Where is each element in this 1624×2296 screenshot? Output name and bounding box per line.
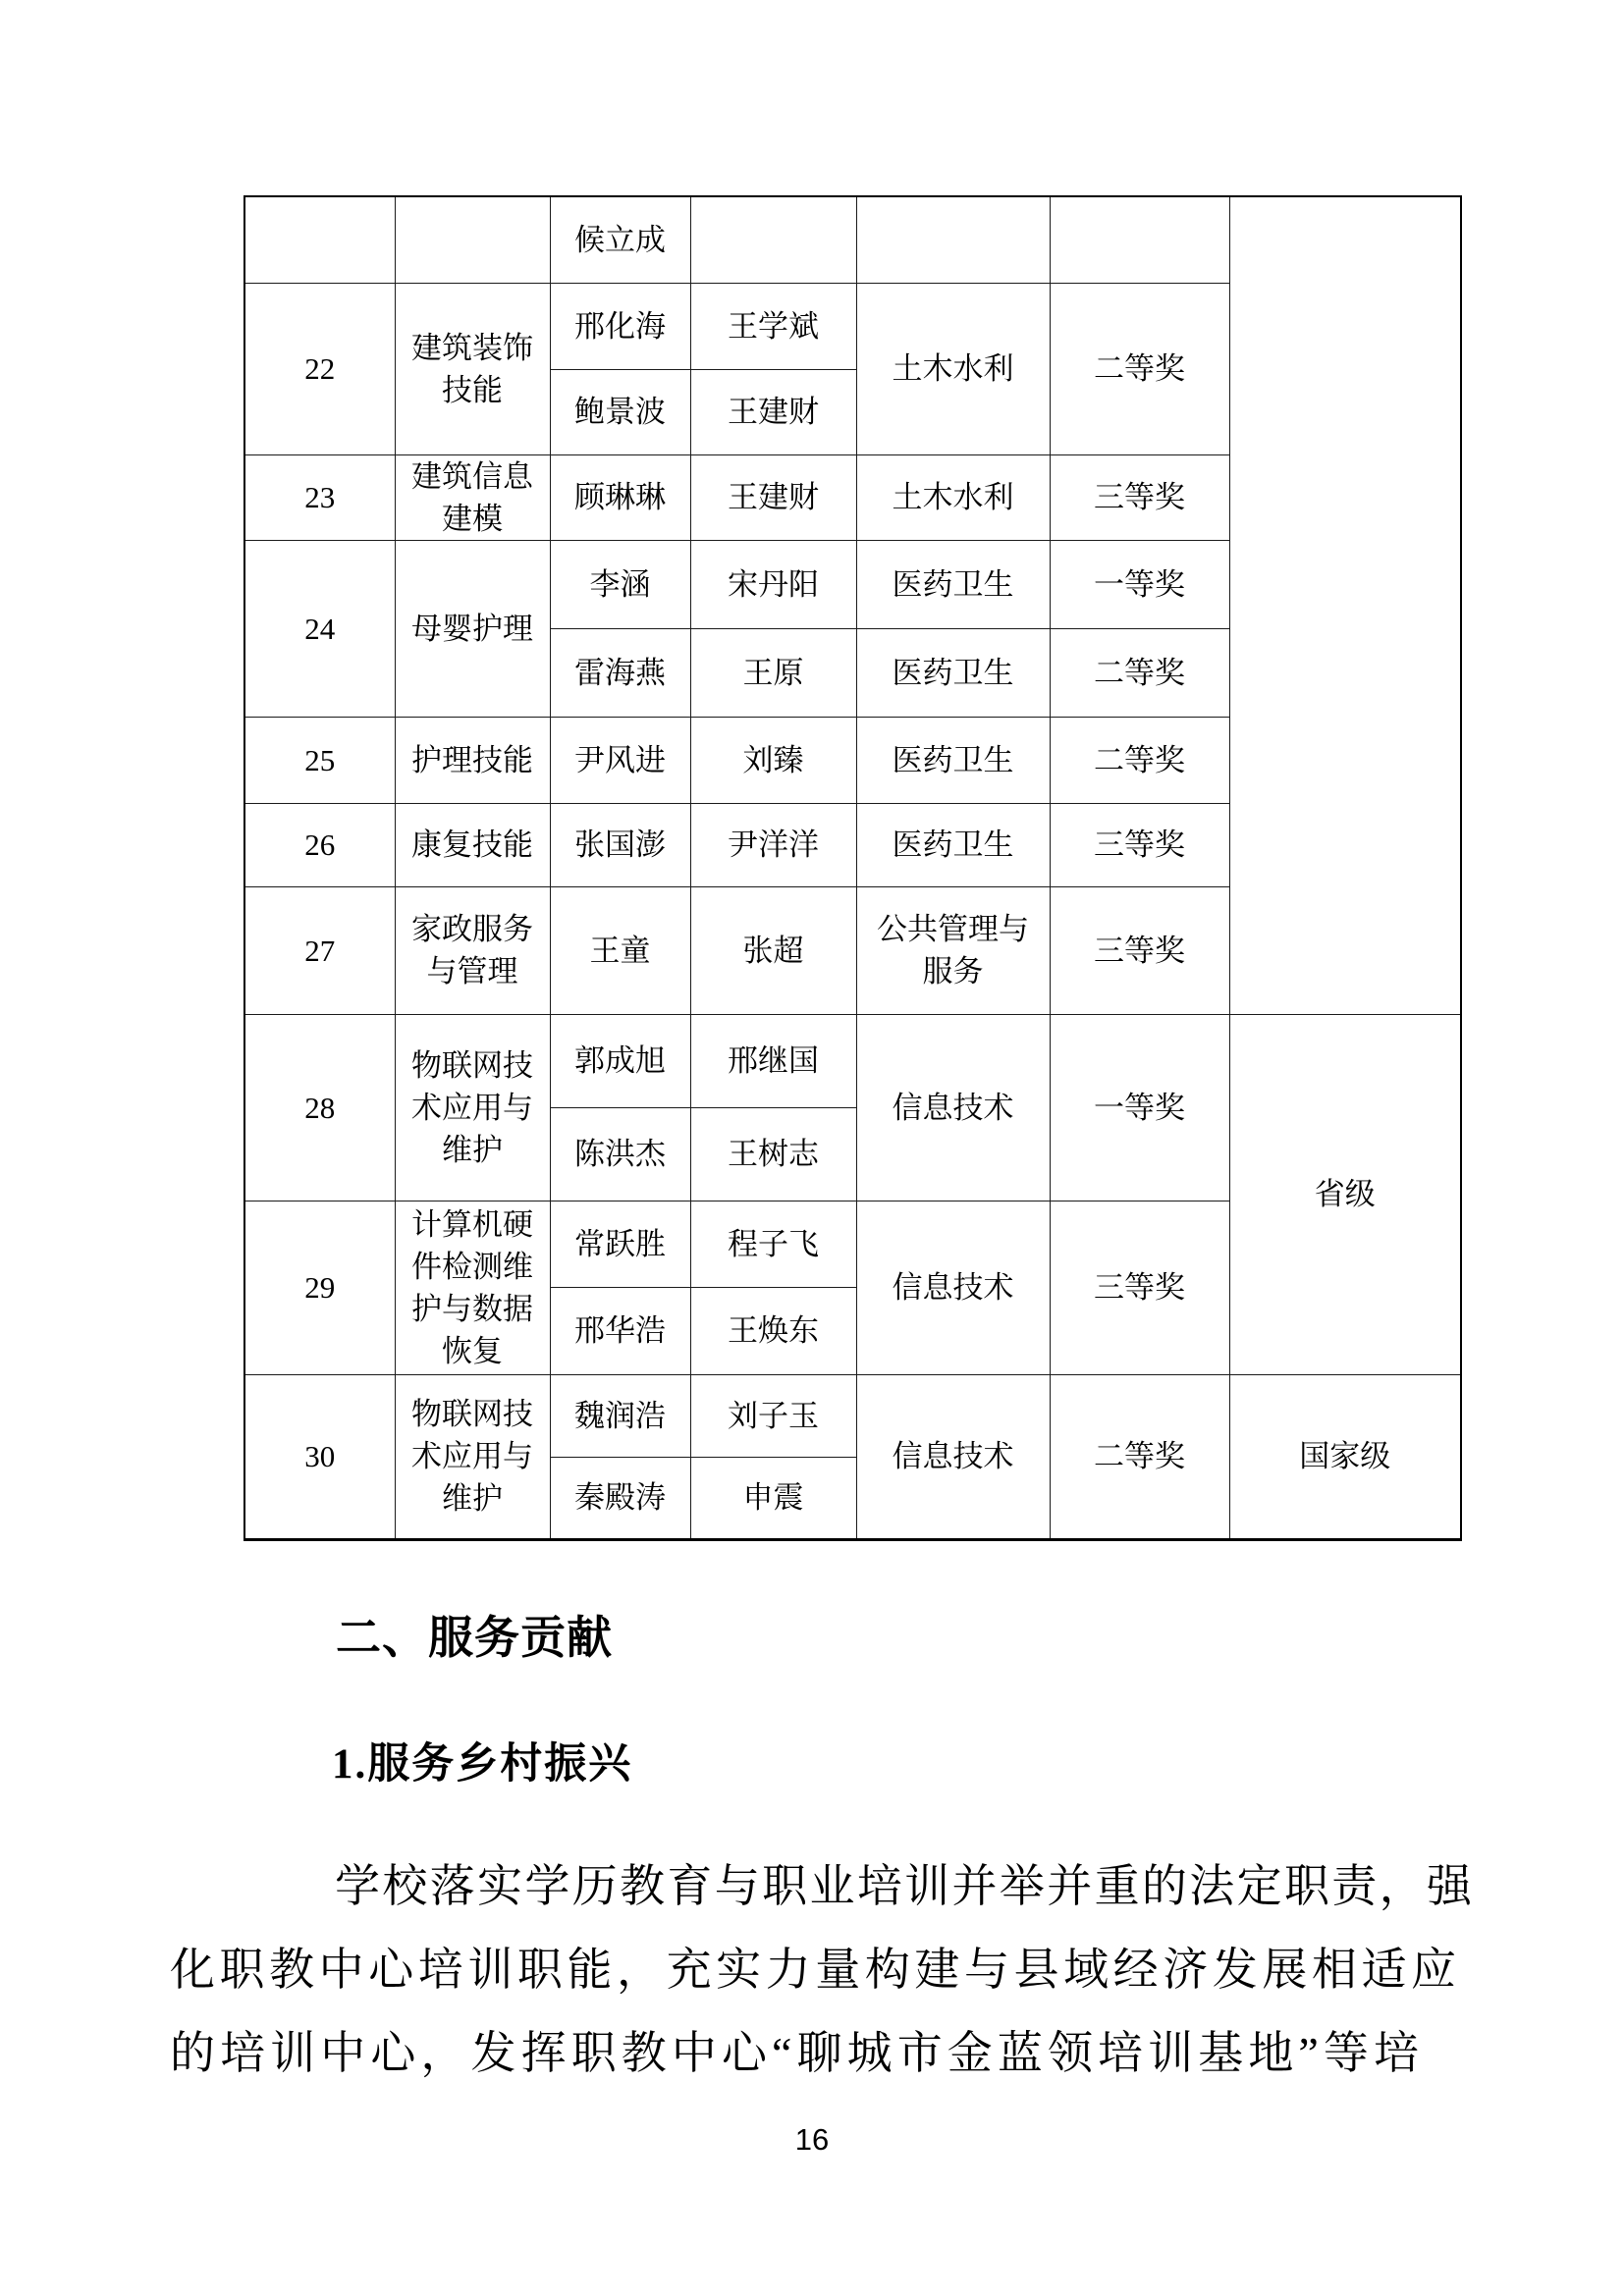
cell-player1: 尹风进 [550, 717, 690, 803]
table-row: 30 物联网技术应用与维护 魏润浩 刘子玉 信息技术 二等奖 国家级 [244, 1374, 1461, 1457]
awards-table: 候立成 22 建筑装饰技能 邢化海 王学斌 土木水利 二等奖 鲍景波 王建财 2… [244, 195, 1462, 1541]
cell-field: 信息技术 [856, 1201, 1050, 1374]
page-number: 16 [0, 2120, 1624, 2160]
cell-player2: 王学斌 [690, 283, 856, 369]
cell-player2: 申震 [690, 1457, 856, 1539]
cell-player1: 常跃胜 [550, 1201, 690, 1287]
paragraph-line: 学校落实学历教育与职业培训并举并重的法定职责，强 [335, 1857, 1472, 1916]
cell-award: 三等奖 [1050, 454, 1229, 540]
cell-project: 康复技能 [395, 803, 550, 886]
cell-player2 [690, 196, 856, 283]
cell-project: 母婴护理 [395, 540, 550, 717]
cell-no: 22 [244, 283, 395, 454]
cell-no: 29 [244, 1201, 395, 1374]
cell-player1: 秦殿涛 [550, 1457, 690, 1539]
cell-no [244, 196, 395, 283]
cell-player1: 王童 [550, 886, 690, 1014]
cell-field: 医药卫生 [856, 803, 1050, 886]
cell-field: 医药卫生 [856, 717, 1050, 803]
cell-player2: 邢继国 [690, 1014, 856, 1107]
cell-player1: 邢华浩 [550, 1287, 690, 1374]
cell-project: 计算机硬件检测维护与数据恢复 [395, 1201, 550, 1374]
cell-field [856, 196, 1050, 283]
cell-player1: 陈洪杰 [550, 1107, 690, 1201]
cell-award [1050, 196, 1229, 283]
cell-project: 物联网技术应用与维护 [395, 1014, 550, 1201]
cell-player2: 宋丹阳 [690, 540, 856, 628]
cell-field: 土木水利 [856, 454, 1050, 540]
cell-player2: 张超 [690, 886, 856, 1014]
cell-player2: 王建财 [690, 454, 856, 540]
section-heading: 二、服务贡献 [336, 1610, 613, 1665]
cell-project: 建筑装饰技能 [395, 283, 550, 454]
cell-award: 三等奖 [1050, 1201, 1229, 1374]
cell-player1: 鲍景波 [550, 369, 690, 454]
cell-level-national: 国家级 [1229, 1374, 1461, 1539]
cell-no: 23 [244, 454, 395, 540]
cell-level-provincial: 省级 [1229, 1014, 1461, 1374]
cell-award: 一等奖 [1050, 1014, 1229, 1201]
cell-player2: 刘子玉 [690, 1374, 856, 1457]
cell-field: 土木水利 [856, 283, 1050, 454]
cell-player1: 雷海燕 [550, 628, 690, 717]
paragraph-line: 化职教中心培训职能，充实力量构建与县域经济发展相适应 [170, 1941, 1456, 2000]
cell-project: 家政服务与管理 [395, 886, 550, 1014]
cell-no: 24 [244, 540, 395, 717]
cell-player1: 顾琳琳 [550, 454, 690, 540]
cell-player1: 郭成旭 [550, 1014, 690, 1107]
cell-award: 二等奖 [1050, 283, 1229, 454]
cell-project [395, 196, 550, 283]
cell-player1: 张国澎 [550, 803, 690, 886]
cell-award: 二等奖 [1050, 628, 1229, 717]
cell-field: 医药卫生 [856, 628, 1050, 717]
cell-player2: 刘臻 [690, 717, 856, 803]
cell-player1: 魏润浩 [550, 1374, 690, 1457]
document-page: 候立成 22 建筑装饰技能 邢化海 王学斌 土木水利 二等奖 鲍景波 王建财 2… [0, 0, 1624, 2296]
paragraph-line: 的培训中心，发挥职教中心“聊城市金蓝领培训基地”等培 [170, 2024, 1419, 2083]
cell-no: 25 [244, 717, 395, 803]
subsection-heading: 1.服务乡村振兴 [332, 1737, 632, 1792]
cell-project: 护理技能 [395, 717, 550, 803]
cell-no: 27 [244, 886, 395, 1014]
cell-field: 信息技术 [856, 1014, 1050, 1201]
cell-player1: 李涵 [550, 540, 690, 628]
cell-project: 物联网技术应用与维护 [395, 1374, 550, 1539]
table-row: 候立成 [244, 196, 1461, 283]
cell-player1: 候立成 [550, 196, 690, 283]
cell-no: 26 [244, 803, 395, 886]
cell-award: 三等奖 [1050, 803, 1229, 886]
cell-award: 二等奖 [1050, 717, 1229, 803]
cell-player2: 王焕东 [690, 1287, 856, 1374]
cell-field: 公共管理与服务 [856, 886, 1050, 1014]
cell-project: 建筑信息建模 [395, 454, 550, 540]
cell-no: 30 [244, 1374, 395, 1539]
cell-player2: 王原 [690, 628, 856, 717]
cell-award: 一等奖 [1050, 540, 1229, 628]
cell-award: 三等奖 [1050, 886, 1229, 1014]
cell-field: 医药卫生 [856, 540, 1050, 628]
cell-player2: 尹洋洋 [690, 803, 856, 886]
cell-player1: 邢化海 [550, 283, 690, 369]
cell-award: 二等奖 [1050, 1374, 1229, 1539]
cell-player2: 王建财 [690, 369, 856, 454]
cell-field: 信息技术 [856, 1374, 1050, 1539]
cell-player2: 王树志 [690, 1107, 856, 1201]
cell-level-carryover [1229, 196, 1461, 1014]
cell-player2: 程子飞 [690, 1201, 856, 1287]
table-row: 28 物联网技术应用与维护 郭成旭 邢继国 信息技术 一等奖 省级 [244, 1014, 1461, 1107]
cell-no: 28 [244, 1014, 395, 1201]
